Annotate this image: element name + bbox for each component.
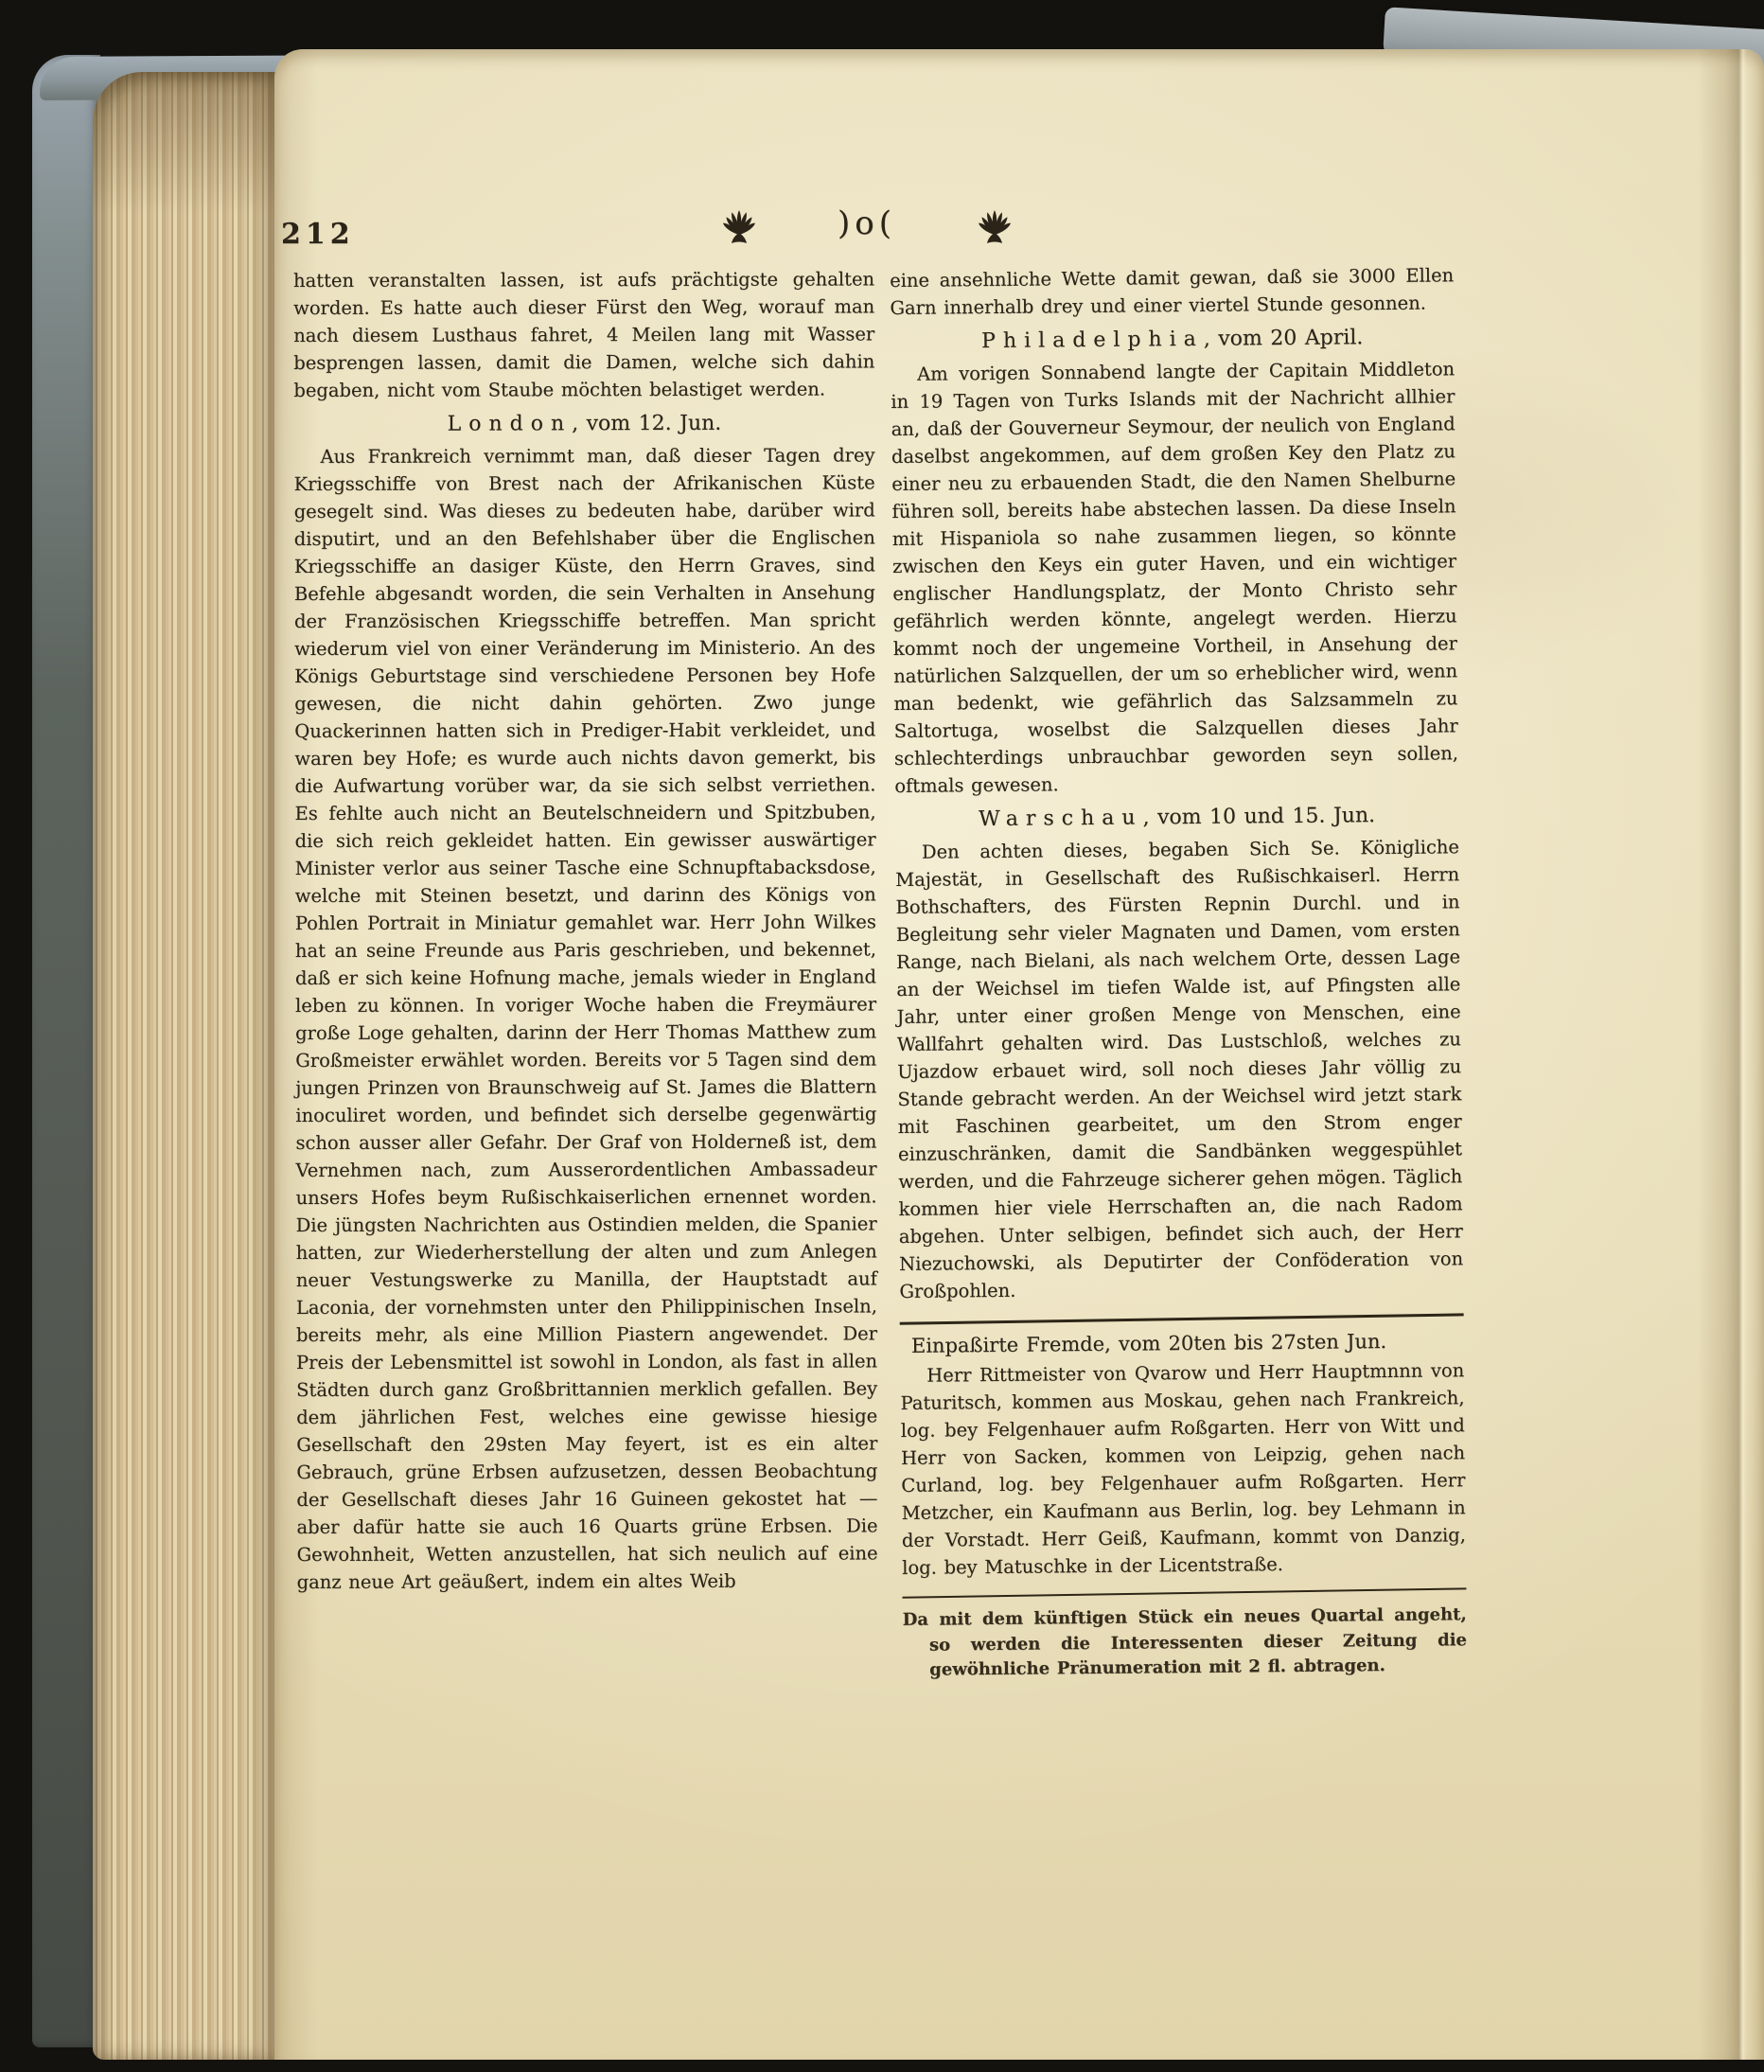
paragraph: eine ansehnliche Wette damit gewan, daß … [890,261,1455,322]
dateline-heading: Warschau, vom 10 und 15. Jun. [894,801,1458,834]
dateline-date: , vom 20 April. [1204,326,1364,351]
dateline-heading: Philadelphia, vom 20 April. [891,323,1455,356]
section-rule [900,1313,1464,1324]
paragraph: Am vorigen Sonnabend langte der Capitain… [891,355,1458,800]
paragraph: Herr Rittmeister von Qvarow und Herr Hau… [900,1356,1466,1582]
photographed-book-scene: 212 )o( [0,0,1764,2072]
section-subheading: Einpaßirte Fremde, vom 20ten bis 27sten … [900,1327,1464,1360]
column-divider-mark: )o( [838,204,896,242]
dateline-city: London [448,412,573,435]
dateline-date: , vom 12. Jun. [572,412,721,435]
publisher-notice: Da mit dem künftigen Stück ein neues Qua… [903,1603,1468,1683]
dateline-city: Warschau [979,806,1143,831]
book-cover-cloth-left [32,55,100,2047]
paragraph: Aus Frankreich vernimmt man, daß dieser … [293,441,877,1596]
dateline-city: Philadelphia [981,328,1204,353]
page-number: 212 [281,218,355,251]
paragraph: Den achten dieses, begaben Sich Se. Köni… [895,833,1464,1305]
header-ornaments: )o( [717,201,1016,252]
right-text-column: eine ansehnliche Wette damit gewan, daß … [890,261,1467,1683]
dateline-date: , vom 10 und 15. Jun. [1142,804,1375,829]
paragraph: hatten veranstalten lassen, ist aufs prä… [293,265,874,404]
fleuron-icon [717,204,761,248]
section-rule [902,1587,1466,1598]
left-text-column: hatten veranstalten lassen, ist aufs prä… [293,265,878,1596]
page-fore-edge-stack [93,72,280,2060]
dateline-heading: London, vom 12. Jun. [293,409,874,438]
fleuron-icon [973,204,1016,248]
gutter-shading [1698,49,1764,2060]
